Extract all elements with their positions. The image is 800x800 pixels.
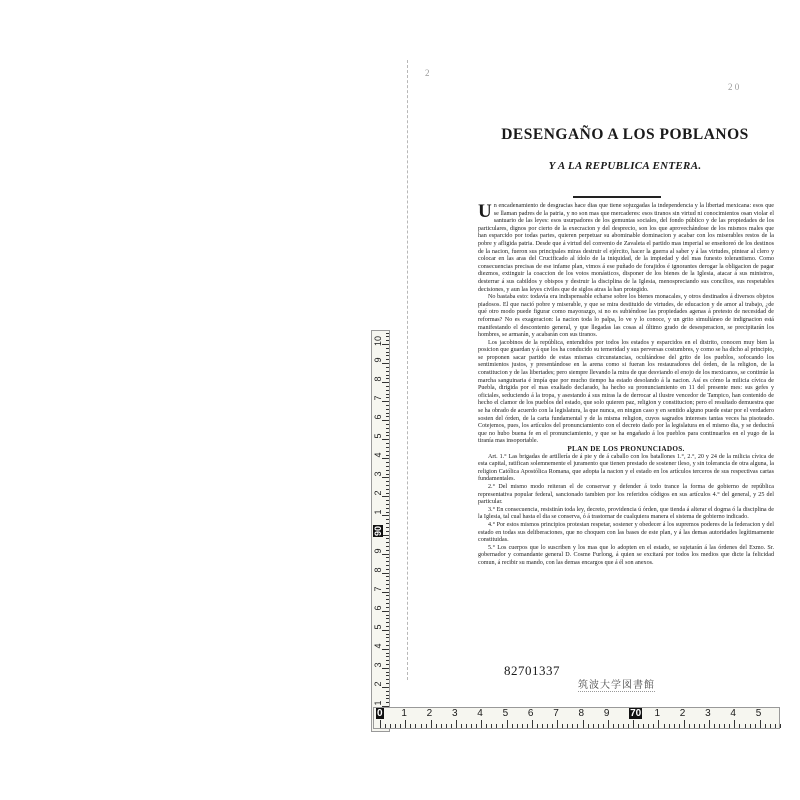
ruler-tick xyxy=(382,649,389,650)
ruler-tick xyxy=(386,493,389,494)
ruler-label: 3 xyxy=(452,708,458,719)
ruler-tick xyxy=(382,401,389,402)
paragraph: No bastaba esto: todavía era indispensab… xyxy=(478,294,774,340)
ruler-tick xyxy=(674,724,675,728)
ruler-tick xyxy=(386,679,389,680)
ruler-tick xyxy=(507,720,508,728)
ruler-tick xyxy=(386,595,389,596)
ruler-tick xyxy=(770,724,771,728)
ruler-tick xyxy=(386,413,389,414)
article: 4.° Por estos mismos principios protesta… xyxy=(478,522,774,545)
ruler-tick xyxy=(613,724,614,728)
ruler-tick xyxy=(643,724,644,728)
ruler-label: 0 xyxy=(376,708,384,719)
ruler-label: 9 xyxy=(373,355,383,365)
ruler-tick xyxy=(512,724,513,728)
ruler-tick xyxy=(382,439,389,440)
ruler-label: 7 xyxy=(373,393,383,403)
ruler-tick xyxy=(567,724,568,728)
ruler-tick xyxy=(714,724,715,728)
ruler-label: 4 xyxy=(373,641,383,651)
ruler-tick xyxy=(577,724,578,728)
ruler-tick xyxy=(386,416,389,417)
ruler-label: 6 xyxy=(373,412,383,422)
ruler-label: 4 xyxy=(477,708,483,719)
ruler-tick xyxy=(386,455,389,456)
ruler-label: 3 xyxy=(373,469,383,479)
ruler-tick xyxy=(386,451,389,452)
ruler-tick xyxy=(400,724,401,728)
document-title: DESENGAÑO A LOS POBLANOS xyxy=(470,126,780,144)
ruler-label: 1 xyxy=(373,507,383,517)
ruler-tick xyxy=(415,724,416,728)
ruler-tick xyxy=(608,720,609,728)
ruler-tick xyxy=(557,720,558,728)
page-edge xyxy=(407,60,409,680)
ruler-tick xyxy=(386,390,389,391)
ruler-tick xyxy=(386,355,389,356)
ruler-label: 5 xyxy=(373,622,383,632)
ruler-tick xyxy=(382,611,389,612)
ruler-tick xyxy=(382,592,389,593)
ruler-tick xyxy=(386,637,389,638)
ruler-label: 2 xyxy=(680,708,686,719)
ruler-tick xyxy=(426,724,427,728)
ruler-tick xyxy=(755,724,756,728)
ruler-tick xyxy=(382,344,389,345)
ruler-label: 3 xyxy=(373,660,383,670)
ruler-tick xyxy=(386,645,389,646)
ruler-tick xyxy=(421,724,422,728)
ruler-tick xyxy=(780,724,781,728)
ruler-label: 90 xyxy=(373,527,383,537)
ruler-tick xyxy=(386,409,389,410)
ruler-tick xyxy=(386,599,389,600)
ruler-tick xyxy=(386,367,389,368)
ruler-tick xyxy=(386,435,389,436)
ruler-tick xyxy=(704,724,705,728)
document-body: Un encadenamiento de desgracias hace dia… xyxy=(478,203,774,568)
ruler-tick xyxy=(623,724,624,728)
ruler-label: 5 xyxy=(503,708,509,719)
ruler-label: 8 xyxy=(373,374,383,384)
ruler-tick xyxy=(562,724,563,728)
ruler-label: 4 xyxy=(373,450,383,460)
ruler-tick xyxy=(386,512,389,513)
ruler-tick xyxy=(386,508,389,509)
ruler-tick xyxy=(386,550,389,551)
ruler-tick xyxy=(386,447,389,448)
ruler-tick xyxy=(588,724,589,728)
ruler-tick xyxy=(598,724,599,728)
ruler-tick xyxy=(386,470,389,471)
ruler-tick xyxy=(382,477,389,478)
ruler-tick xyxy=(724,724,725,728)
dropcap: U xyxy=(478,204,492,219)
title-rule xyxy=(573,196,661,198)
ruler-label: 10 xyxy=(373,336,383,346)
ruler-tick xyxy=(386,565,389,566)
ruler-tick xyxy=(386,371,389,372)
ruler-tick xyxy=(382,535,389,536)
ruler-tick xyxy=(603,724,604,728)
ruler-tick xyxy=(386,397,389,398)
ruler-label: 5 xyxy=(756,708,762,719)
ruler-tick xyxy=(386,664,389,665)
ruler-tick xyxy=(385,724,386,728)
ruler-tick xyxy=(694,724,695,728)
ruler-tick xyxy=(386,527,389,528)
ruler-tick xyxy=(638,724,639,728)
ruler-tick xyxy=(386,576,389,577)
ruler-tick xyxy=(471,724,472,728)
ruler-tick xyxy=(382,496,389,497)
ruler-tick xyxy=(386,378,389,379)
ruler-tick xyxy=(618,724,619,728)
ruler-tick xyxy=(386,656,389,657)
vertical-ruler: 01234567899012345678910 xyxy=(371,330,390,732)
ruler-tick xyxy=(386,698,389,699)
ruler-tick xyxy=(436,724,437,728)
ruler-tick xyxy=(679,724,680,728)
ruler-tick xyxy=(441,724,442,728)
ruler-label: 70 xyxy=(629,708,642,719)
ruler-tick xyxy=(386,672,389,673)
ruler-tick xyxy=(386,675,389,676)
ruler-tick xyxy=(380,720,381,728)
ruler-tick xyxy=(491,724,492,728)
ruler-tick xyxy=(386,443,389,444)
ruler-tick xyxy=(517,724,518,728)
ruler-tick xyxy=(386,474,389,475)
ruler-tick xyxy=(386,386,389,387)
ruler-tick xyxy=(648,724,649,728)
ruler-tick xyxy=(583,720,584,728)
ruler-tick xyxy=(537,724,538,728)
ruler-tick xyxy=(410,724,411,728)
ruler-label: 7 xyxy=(373,584,383,594)
article: 5.° Los cuerpos que lo suscriben y los m… xyxy=(478,545,774,568)
ruler-tick xyxy=(386,481,389,482)
ruler-tick xyxy=(386,588,389,589)
ruler-tick xyxy=(405,720,406,728)
ruler-tick xyxy=(689,724,690,728)
ruler-tick xyxy=(386,603,389,604)
ruler-tick xyxy=(760,720,761,728)
ruler-tick xyxy=(390,724,391,728)
ruler-tick xyxy=(386,340,389,341)
ruler-tick xyxy=(739,724,740,728)
margin-mark-left: 2 xyxy=(425,68,430,78)
ruler-label: 5 xyxy=(373,431,383,441)
ruler-tick xyxy=(382,668,389,669)
ruler-tick xyxy=(382,554,389,555)
ruler-tick xyxy=(476,724,477,728)
ruler-label: 1 xyxy=(401,708,407,719)
ruler-tick xyxy=(386,618,389,619)
ruler-tick xyxy=(386,462,389,463)
ruler-tick xyxy=(386,523,389,524)
ruler-tick xyxy=(386,546,389,547)
ruler-tick xyxy=(382,363,389,364)
article: 2.° Del mismo modo reiteran el de conser… xyxy=(478,484,774,507)
paragraph: Los jacobinos de la república, entendido… xyxy=(478,340,774,446)
ruler-tick xyxy=(745,724,746,728)
ruler-tick xyxy=(386,622,389,623)
ruler-tick xyxy=(386,500,389,501)
ruler-tick xyxy=(386,336,389,337)
ruler-tick xyxy=(386,428,389,429)
ruler-tick xyxy=(669,724,670,728)
ruler-tick xyxy=(653,724,654,728)
ruler-tick xyxy=(593,724,594,728)
ruler-tick xyxy=(386,352,389,353)
article: Art. 1.° Las brigadas de artillería de á… xyxy=(478,454,774,484)
ruler-tick xyxy=(522,724,523,728)
ruler-tick xyxy=(382,458,389,459)
ruler-tick xyxy=(734,720,735,728)
ruler-label: 8 xyxy=(373,565,383,575)
ruler-tick xyxy=(451,724,452,728)
ruler-tick xyxy=(658,720,659,728)
ruler-label: 3 xyxy=(705,708,711,719)
ruler-tick xyxy=(386,375,389,376)
ruler-tick xyxy=(382,573,389,574)
ruler-tick xyxy=(699,724,700,728)
ruler-tick xyxy=(502,724,503,728)
ruler-tick xyxy=(664,724,665,728)
ruler-tick xyxy=(775,724,776,728)
ruler-tick xyxy=(481,720,482,728)
ruler-tick xyxy=(486,724,487,728)
ruler-tick xyxy=(709,720,710,728)
library-stamp: 筑波大学図書館 xyxy=(578,676,655,692)
ruler-tick xyxy=(386,660,389,661)
ruler-tick xyxy=(542,724,543,728)
ruler-label: 6 xyxy=(528,708,534,719)
ruler-tick xyxy=(386,569,389,570)
ruler-tick xyxy=(729,724,730,728)
ruler-tick xyxy=(386,653,389,654)
ruler-tick xyxy=(552,724,553,728)
ruler-tick xyxy=(386,489,389,490)
ruler-tick xyxy=(386,538,389,539)
ruler-tick xyxy=(386,580,389,581)
document-subtitle: Y A LA REPUBLICA ENTERA. xyxy=(470,160,780,172)
ruler-tick xyxy=(386,359,389,360)
ruler-tick xyxy=(386,542,389,543)
ruler-tick xyxy=(466,724,467,728)
ruler-label: 2 xyxy=(427,708,433,719)
ruler-tick xyxy=(386,634,389,635)
ruler-label: 6 xyxy=(373,603,383,613)
ruler-tick xyxy=(386,683,389,684)
ruler-tick xyxy=(386,485,389,486)
ruler-label: 9 xyxy=(604,708,610,719)
ruler-tick xyxy=(386,607,389,608)
horizontal-ruler: 01234567897012345 xyxy=(373,707,780,729)
article: 3.° En consecuencia, resistirán toda ley… xyxy=(478,507,774,522)
plan-title: PLAN DE LOS PRONUNCIADOS. xyxy=(478,446,774,454)
ruler-tick xyxy=(395,724,396,728)
ruler-label: 7 xyxy=(553,708,559,719)
ruler-tick xyxy=(431,720,432,728)
ruler-tick xyxy=(386,584,389,585)
ruler-tick xyxy=(386,695,389,696)
ruler-label: 2 xyxy=(373,488,383,498)
ruler-label: 1 xyxy=(654,708,660,719)
ruler-tick xyxy=(386,702,389,703)
ruler-label: 4 xyxy=(730,708,736,719)
ruler-tick xyxy=(382,687,389,688)
ruler-tick xyxy=(386,405,389,406)
ruler-tick xyxy=(572,724,573,728)
ruler-tick xyxy=(386,504,389,505)
ruler-tick xyxy=(386,348,389,349)
ruler-tick xyxy=(461,724,462,728)
ruler-tick xyxy=(684,720,685,728)
ruler-tick xyxy=(382,515,389,516)
ruler-label: 8 xyxy=(579,708,585,719)
ruler-tick xyxy=(382,630,389,631)
ruler-tick xyxy=(386,432,389,433)
ruler-tick xyxy=(386,394,389,395)
ruler-tick xyxy=(386,691,389,692)
ruler-tick xyxy=(750,724,751,728)
paragraph: Un encadenamiento de desgracias hace dia… xyxy=(478,203,774,294)
margin-mark-right: 2 0 xyxy=(728,82,739,92)
ruler-tick xyxy=(527,724,528,728)
ruler-label: 2 xyxy=(373,679,383,689)
ruler-tick xyxy=(547,724,548,728)
ruler-tick xyxy=(382,382,389,383)
ruler-tick xyxy=(386,333,389,334)
ruler-tick xyxy=(386,466,389,467)
ruler-tick xyxy=(496,724,497,728)
ruler-tick xyxy=(386,531,389,532)
ruler-tick xyxy=(628,724,629,728)
ruler-tick xyxy=(719,724,720,728)
ruler-tick xyxy=(456,720,457,728)
ruler-tick xyxy=(633,720,634,728)
ruler-tick xyxy=(386,519,389,520)
ruler-tick xyxy=(386,557,389,558)
ruler-tick xyxy=(532,720,533,728)
ruler-tick xyxy=(386,615,389,616)
ruler-tick xyxy=(765,724,766,728)
ruler-tick xyxy=(386,561,389,562)
ruler-tick xyxy=(386,641,389,642)
catalog-number: 82701337 xyxy=(504,663,560,679)
ruler-tick xyxy=(382,420,389,421)
ruler-label: 9 xyxy=(373,546,383,556)
ruler-tick xyxy=(386,626,389,627)
ruler-tick xyxy=(386,424,389,425)
ruler-tick xyxy=(446,724,447,728)
